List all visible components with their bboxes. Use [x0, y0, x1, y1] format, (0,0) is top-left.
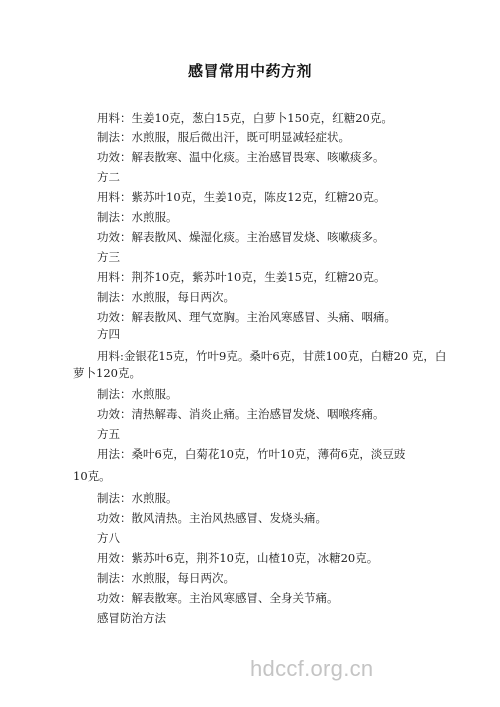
text-line: 功效：解表散风、燥湿化痰。主治感冒发烧、咳嗽痰多。	[97, 230, 385, 244]
text-line: 方三	[97, 250, 120, 264]
watermark-text: hdccf.org.cn	[250, 656, 373, 682]
text-line: 用料:金银花15克，竹叶9克。桑叶6克，甘蔗100克，白糖20 克，白	[97, 349, 446, 363]
text-line: 用料：生姜10克，葱白15克，白萝卜150克，红糖20克。	[97, 111, 393, 125]
text-line: 萝卜120克。	[73, 366, 141, 380]
text-line: 方八	[97, 531, 120, 545]
text-line: 制法：水煎服。	[97, 491, 178, 505]
text-line: 用法：桑叶6克，白菊花10克，竹叶10克，薄荷6克，淡豆豉	[97, 447, 405, 461]
text-line: 功效：解表散风、理气宽胸。主治风寒感冒、头痛、咽痛。	[97, 310, 396, 324]
text-line: 制法：水煎服，服后微出汗，既可明显减轻症状。	[97, 130, 350, 144]
text-line: 感冒防治方法	[97, 611, 166, 625]
text-line: 功效：解表散寒、温中化痰。主治感冒畏寒、咳嗽痰多。	[97, 150, 385, 164]
text-line: 制法：水煎服，每日两次。	[97, 290, 235, 304]
text-line: 用料：紫苏叶10克，生姜10克，陈皮12克，红糖20克。	[97, 190, 386, 204]
text-line: 方二	[97, 170, 120, 184]
text-line: 方四	[97, 327, 120, 341]
text-line: 用效：紫苏叶6克，荆芥10克，山楂10克，冰糖20克。	[97, 551, 378, 565]
text-line: 制法：水煎服。	[97, 387, 178, 401]
text-line: 10克。	[73, 469, 111, 483]
text-line: 方五	[97, 427, 120, 441]
text-line: 功效：散风清热。主治风热感冒、发烧头痛。	[97, 511, 327, 525]
document-title: 感冒常用中药方剂	[0, 60, 500, 81]
text-line: 用料：荆芥10克，紫苏叶10克，生姜15克，红糖20克。	[97, 270, 386, 284]
text-line: 制法：水煎服，每日两次。	[97, 571, 235, 585]
text-line: 功效：清热解毒、消炎止痛。主治感冒发烧、咽喉疼痛。	[97, 407, 385, 421]
text-line: 功效：解表散寒。主治风寒感冒、全身关节痛。	[97, 591, 339, 605]
text-line: 制法：水煎服。	[97, 210, 178, 224]
